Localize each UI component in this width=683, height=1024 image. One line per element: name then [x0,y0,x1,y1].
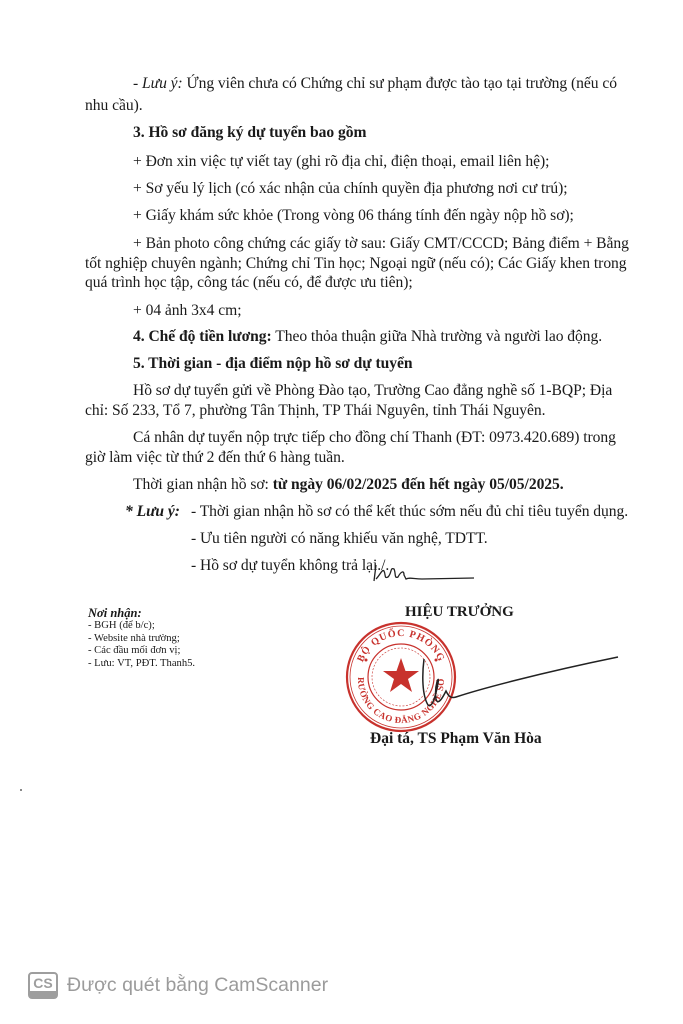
notes-item: - Ưu tiên người có năng khiếu văn nghệ, … [191,530,488,548]
recipients-block: Nơi nhận: - BGH (để b/c); - Website nhà … [88,606,195,670]
section5-period: Thời gian nhận hồ sơ: từ ngày 06/02/2025… [133,476,564,494]
period-value: từ ngày 06/02/2025 đến hết ngày 05/05/20… [273,476,564,493]
section5-contact-line2: giờ làm việc từ thứ 2 đến thứ 6 hàng tuầ… [85,449,345,467]
section4-line: 4. Chế độ tiền lương: Theo thỏa thuận gi… [133,328,602,346]
signature-title: HIỆU TRƯỞNG [405,604,514,621]
scan-speck [20,789,22,791]
section5-address-line2: chỉ: Số 233, Tổ 7, phường Tân Thịnh, TP … [85,402,546,420]
notes-item: - Thời gian nhận hồ sơ có thể kết thúc s… [191,503,628,521]
note-intro-label: - Lưu ý: [133,75,183,92]
recipient-item: - Lưu: VT, PĐT. Thanh5. [88,658,195,671]
section3-item: tốt nghiệp chuyên ngành; Chứng chỉ Tin h… [85,255,627,273]
notes-item: - Hồ sơ dự tuyển không trả lại./. [191,557,389,575]
section3-item: quá trình học tập, công tác (nếu có, để … [85,274,413,292]
section3-item: + Sơ yếu lý lịch (có xác nhận của chính … [133,180,568,198]
section5-heading: 5. Thời gian - địa điểm nộp hồ sơ dự tuy… [133,355,412,373]
camscanner-watermark: CS Được quét bằng CamScanner [28,972,328,999]
section3-item: + Bản photo công chứng các giấy tờ sau: … [133,235,629,253]
signature-name: Đại tá, TS Phạm Văn Hòa [370,730,542,748]
section3-item: + Giấy khám sức khỏe (Trong vòng 06 thán… [133,207,574,225]
section5-contact-line1: Cá nhân dự tuyển nộp trực tiếp cho đồng … [133,429,616,447]
initials-signature [370,561,480,585]
section3-item: + Đơn xin việc tự viết tay (ghi rõ địa c… [133,153,549,171]
recipient-item: - Các đầu mối đơn vị; [88,645,195,658]
section5-address-line1: Hồ sơ dự tuyển gửi về Phòng Đào tạo, Trư… [133,382,612,400]
note-intro-line2: nhu cầu). [85,97,143,115]
star-icon [383,658,419,692]
note-intro-line1: - Lưu ý: Ứng viên chưa có Chứng chỉ sư p… [133,75,617,93]
section3-heading: 3. Hồ sơ đăng ký dự tuyển bao gồm [133,124,366,142]
recipients-title: Nơi nhận: [88,606,195,620]
recipient-item: - BGH (để b/c); [88,620,195,633]
camscanner-text: Được quét bằng CamScanner [67,974,328,997]
section4-text: Theo thỏa thuận giữa Nhà trường và người… [272,328,602,345]
camscanner-logo-icon: CS [28,972,58,999]
note-intro-text: Ứng viên chưa có Chứng chỉ sư phạm được … [183,75,617,92]
recipient-item: - Website nhà trường; [88,633,195,646]
section3-item: + 04 ảnh 3x4 cm; [133,302,241,320]
principal-signature [420,655,620,715]
period-label: Thời gian nhận hồ sơ: [133,476,273,493]
section4-heading: 4. Chế độ tiền lương: [133,328,272,345]
notes-label: * Lưu ý: [125,503,180,521]
